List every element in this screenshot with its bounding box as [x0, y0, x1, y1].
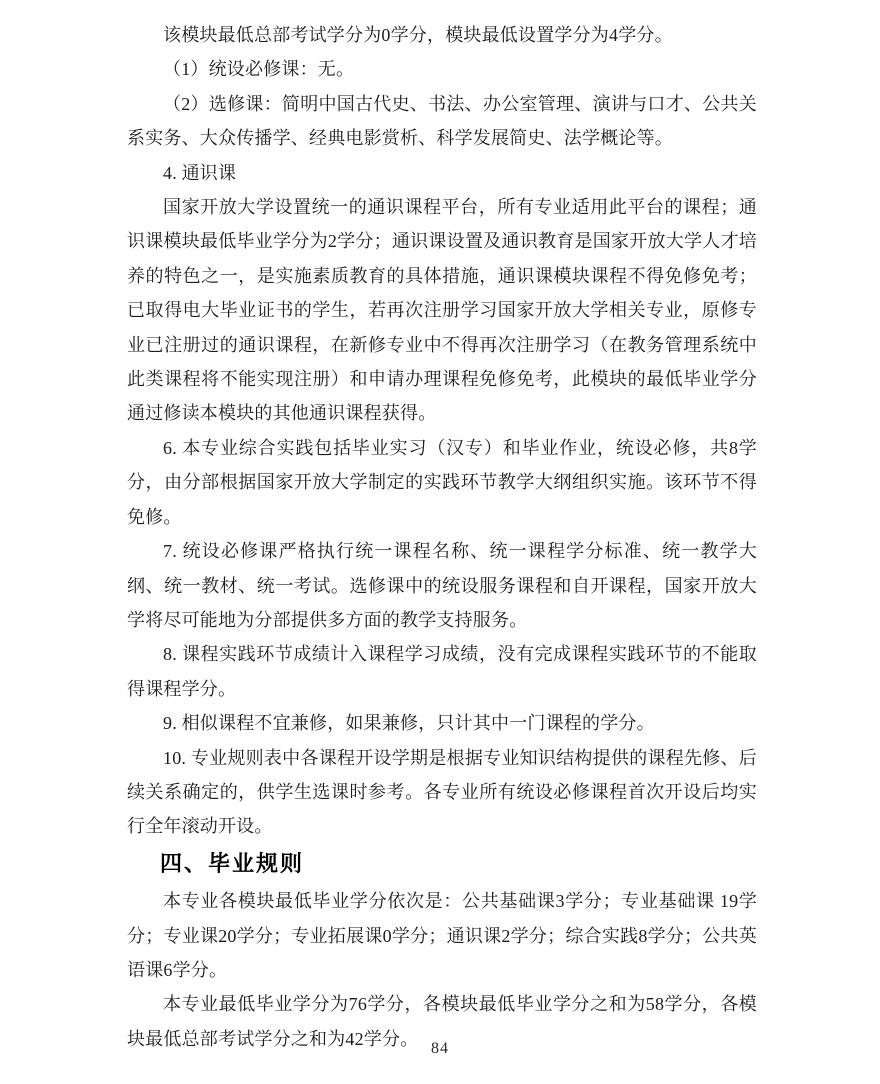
page-number: 84	[431, 1040, 449, 1057]
section-heading-graduation-rules: 四、毕业规则	[127, 847, 757, 881]
document-body: 该模块最低总部考试学分为0学分，模块最低设置学分为4学分。 （1）统设必修课：无…	[127, 18, 757, 1056]
paragraph-list-item: 4. 通识课	[127, 156, 757, 190]
paragraph-list-item: 6. 本专业综合实践包括毕业实习（汉专）和毕业作业，统设必修，共8学分，由分部根…	[127, 431, 757, 534]
paragraph-list-item: 9. 相似课程不宜兼修，如果兼修，只计其中一门课程的学分。	[127, 706, 757, 740]
paragraph: （1）统设必修课：无。	[127, 52, 757, 86]
page-footer: 84	[0, 1040, 880, 1058]
paragraph: 本专业各模块最低毕业学分依次是：公共基础课3学分；专业基础课 19学分；专业课2…	[127, 884, 757, 987]
paragraph-list-item: 8. 课程实践环节成绩计入课程学习成绩，没有完成课程实践环节的不能取得课程学分。	[127, 637, 757, 706]
paragraph: （2）选修课：简明中国古代史、书法、办公室管理、演讲与口才、公共关系实务、大众传…	[127, 87, 757, 156]
paragraph-list-item: 7. 统设必修课严格执行统一课程名称、统一课程学分标准、统一教学大纲、统一教材、…	[127, 534, 757, 637]
paragraph-list-item: 10. 专业规则表中各课程开设学期是根据专业知识结构提供的课程先修、后续关系确定…	[127, 741, 757, 844]
document-page: 该模块最低总部考试学分为0学分，模块最低设置学分为4学分。 （1）统设必修课：无…	[0, 0, 880, 1084]
paragraph: 国家开放大学设置统一的通识课程平台，所有专业适用此平台的课程；通识课模块最低毕业…	[127, 190, 757, 431]
paragraph: 该模块最低总部考试学分为0学分，模块最低设置学分为4学分。	[127, 18, 757, 52]
